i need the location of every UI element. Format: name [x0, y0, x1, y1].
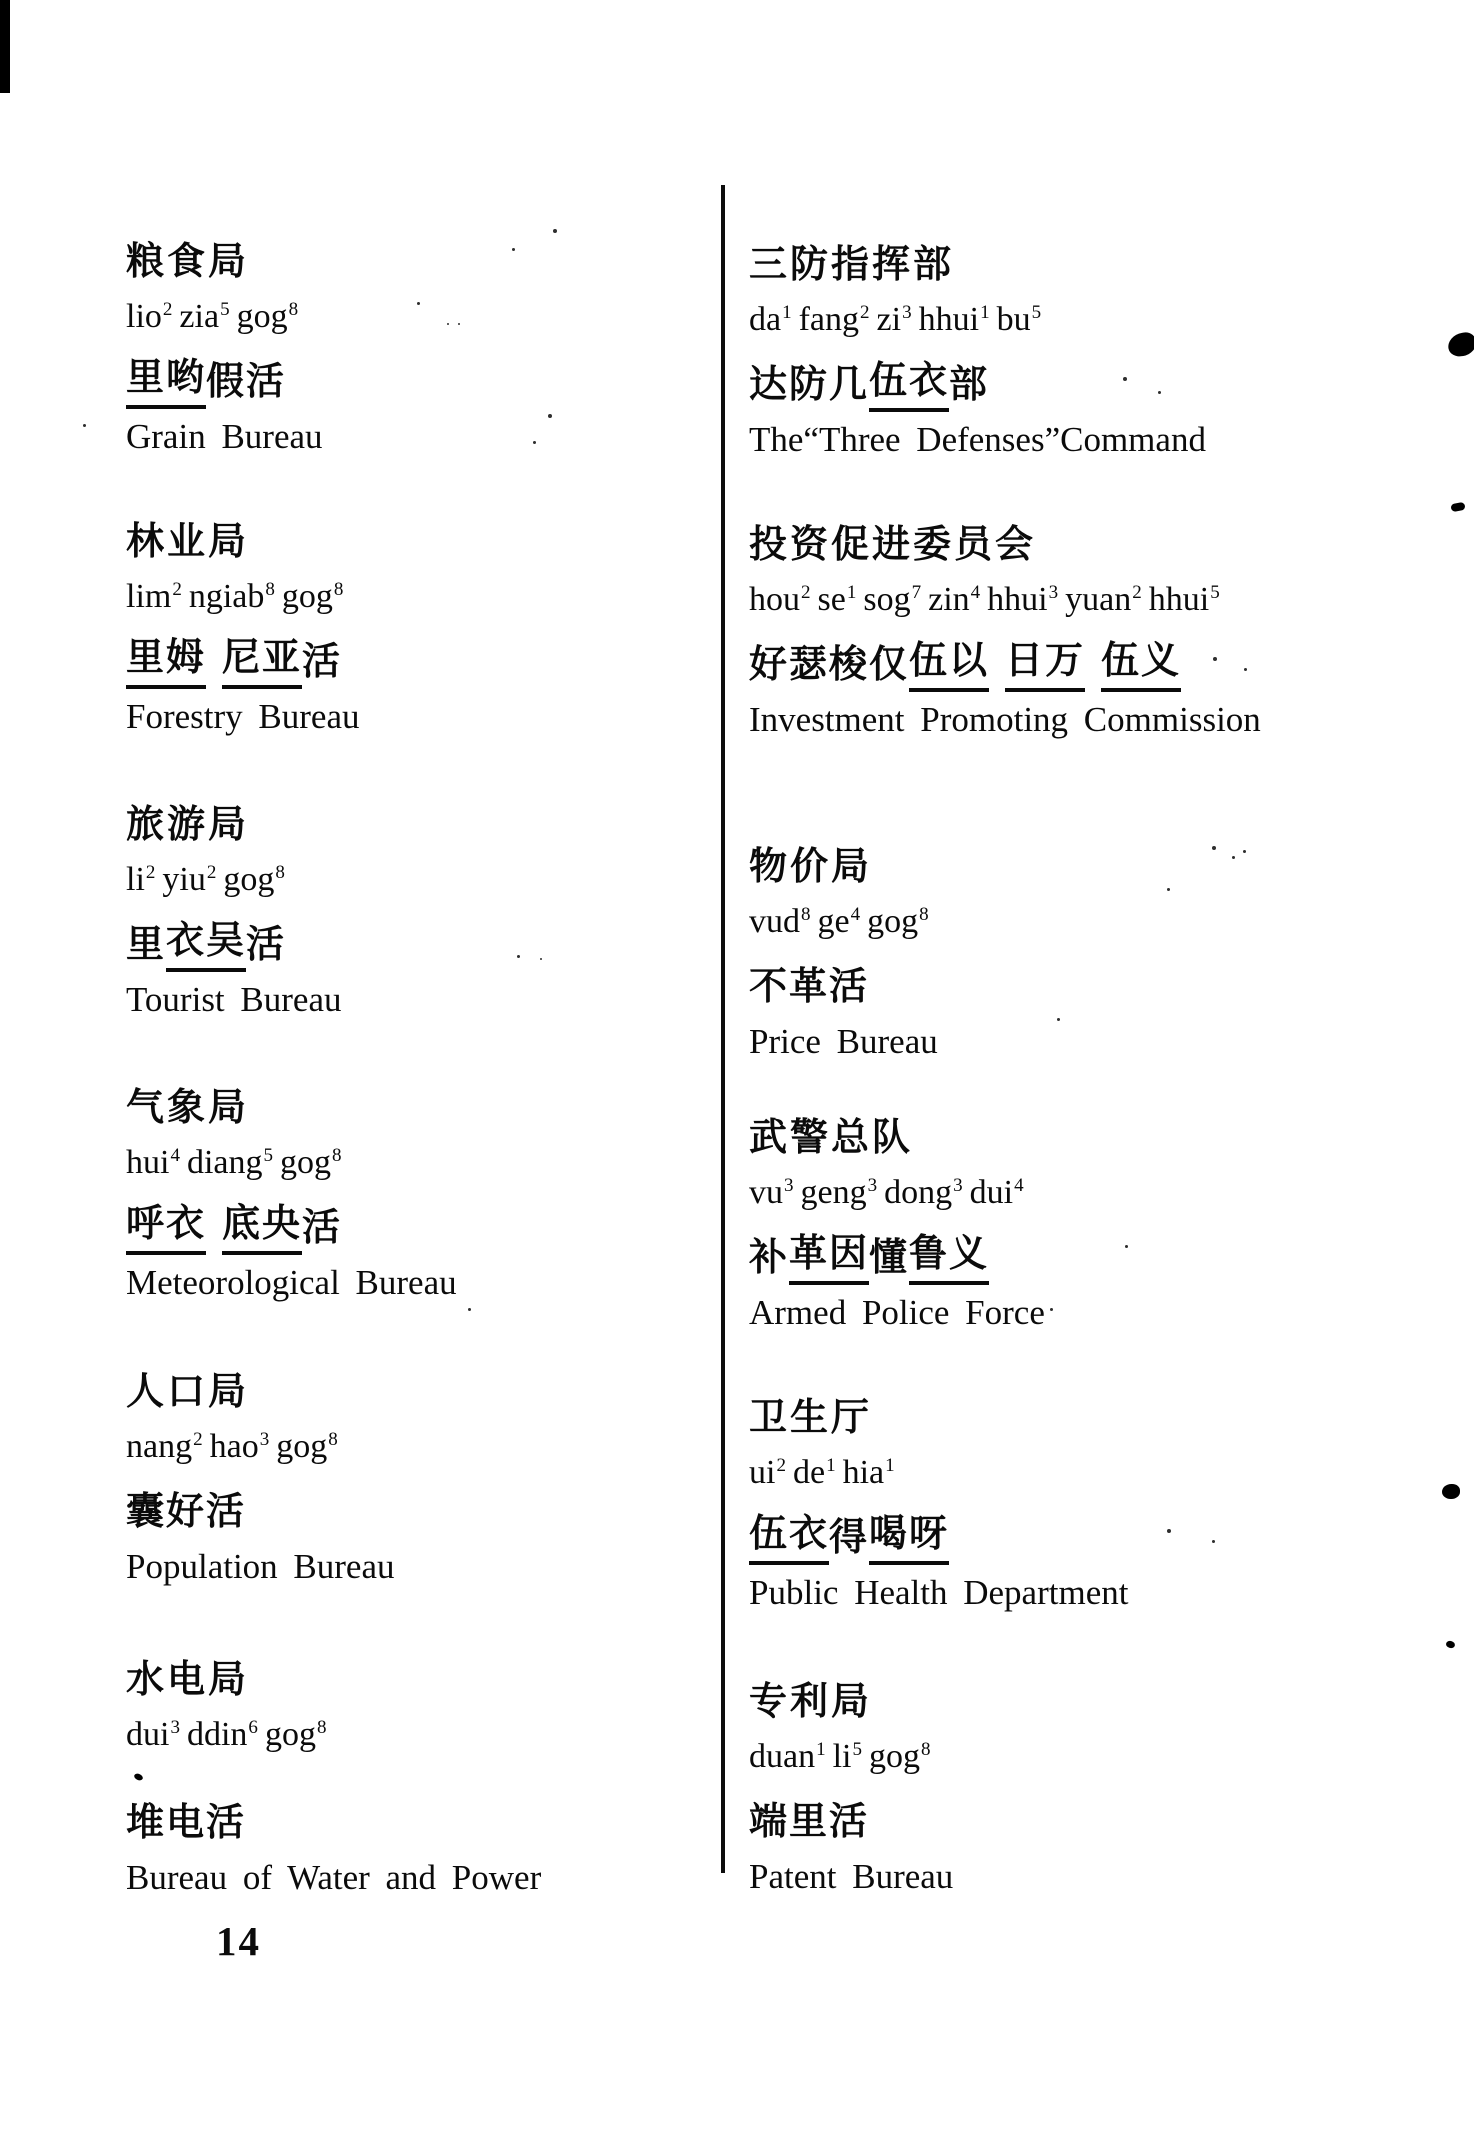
phonetic-hanzi-group: 不革活 — [749, 955, 869, 1010]
romanized-syllable: fang2 — [799, 301, 870, 339]
entry-english-translation: Forestry Bureau — [126, 687, 716, 747]
glossary-entry-left-6: 水电局dui3ddin6gog8堆电活Bureau of Water and P… — [126, 1645, 716, 1908]
phonetic-hanzi-group: 伍衣 — [869, 349, 949, 412]
phonetic-hanzi-group: 懂 — [869, 1226, 909, 1281]
entry-term-hanzi: 水电局 — [126, 1645, 716, 1705]
romanized-syllable: vud8 — [749, 903, 811, 941]
romanized-syllable: bu5 — [997, 301, 1042, 339]
phonetic-hanzi-group: 好瑟梭仅 — [749, 633, 909, 688]
phonetic-hanzi-group: 里哟 — [126, 346, 206, 409]
ink-speck — [1167, 1529, 1171, 1533]
entry-term-hanzi: 旅游局 — [126, 790, 716, 850]
tone-number: 2 — [172, 579, 182, 600]
scan-edge-artifact — [0, 0, 10, 93]
tone-number: 5 — [220, 299, 230, 320]
entry-phonetic-hanzi: 好瑟梭仅伍以日万伍义 — [749, 630, 1459, 690]
tone-number: 5 — [853, 1739, 863, 1760]
glossary-entry-left-3: 旅游局li2yiu2gog8里衣吴活Tourist Bureau — [126, 790, 716, 1030]
tone-number: 2 — [860, 302, 870, 323]
ink-speck — [1212, 1540, 1215, 1543]
tone-number: 3 — [953, 1175, 963, 1196]
entry-romanization: da1fang2zi3hhui1bu5 — [749, 290, 1459, 350]
entry-romanization: dui3ddin6gog8 — [126, 1705, 716, 1765]
ink-speck — [458, 323, 460, 325]
entry-term-hanzi: 人口局 — [126, 1357, 716, 1417]
entry-phonetic-hanzi: 里衣吴活 — [126, 910, 716, 970]
tone-number: 3 — [170, 1717, 180, 1738]
phonetic-hanzi-group: 里姆 — [126, 626, 206, 689]
tone-number: 8 — [332, 1145, 342, 1166]
romanized-syllable: gog8 — [237, 298, 299, 336]
ink-speck — [517, 955, 520, 958]
entry-romanization: li2yiu2gog8 — [126, 850, 716, 910]
glossary-entry-right-4: 武警总队vu3geng3dong3dui4补革因懂鲁义Armed Police … — [749, 1103, 1459, 1343]
column-divider-line — [721, 185, 725, 1873]
ink-speck — [1050, 1308, 1053, 1311]
tone-number: 5 — [1032, 302, 1042, 323]
entry-english-translation: Grain Bureau — [126, 407, 716, 467]
tone-number: 8 — [919, 904, 929, 925]
tone-number: 4 — [971, 582, 981, 603]
phonetic-hanzi-group: 尼亚 — [222, 626, 302, 689]
entry-romanization: lim2ngiab8gog8 — [126, 567, 716, 627]
tone-number: 1 — [980, 302, 990, 323]
romanized-syllable: dui4 — [970, 1174, 1024, 1212]
romanized-syllable: dui3 — [126, 1716, 180, 1754]
phonetic-hanzi-group: 伍义 — [1101, 629, 1181, 692]
romanized-syllable: li2 — [126, 861, 155, 899]
ink-speck — [1057, 1018, 1060, 1021]
tone-number: 3 — [868, 1175, 878, 1196]
romanized-syllable: geng3 — [801, 1174, 878, 1212]
romanized-syllable: gog8 — [867, 903, 929, 941]
phonetic-hanzi-group: 呼衣 — [126, 1192, 206, 1255]
tone-number: 2 — [1132, 582, 1142, 603]
tone-number: 2 — [193, 1429, 203, 1450]
tone-number: 2 — [776, 1455, 786, 1476]
phonetic-hanzi-group: 补 — [749, 1226, 789, 1281]
ink-speck — [533, 441, 536, 444]
phonetic-hanzi-group: 部 — [949, 353, 989, 408]
romanized-syllable: hao3 — [210, 1428, 270, 1466]
tone-number: 1 — [885, 1455, 895, 1476]
romanized-syllable: dong3 — [884, 1174, 963, 1212]
phonetic-hanzi-group: 里 — [126, 913, 166, 968]
glossary-entry-right-1: 三防指挥部da1fang2zi3hhui1bu5达防几伍衣部The“Three … — [749, 230, 1459, 470]
tone-number: 6 — [248, 1717, 258, 1738]
phonetic-hanzi-group: 革因 — [789, 1222, 869, 1285]
ink-blob — [1442, 1484, 1460, 1499]
phonetic-hanzi-group: 衣吴 — [166, 909, 246, 972]
scanned-dictionary-page: 粮食局lio2zia5gog8里哟假活Grain Bureau林业局lim2ng… — [0, 0, 1474, 2144]
entry-phonetic-hanzi: 不革活 — [749, 952, 1459, 1012]
entry-english-translation: Population Bureau — [126, 1537, 716, 1597]
phonetic-hanzi-group: 底央 — [222, 1192, 302, 1255]
romanized-syllable: yiu2 — [162, 861, 216, 899]
entry-term-hanzi: 粮食局 — [126, 227, 716, 287]
phonetic-hanzi-group: 囊好活 — [126, 1480, 246, 1535]
romanized-syllable: gog8 — [280, 1144, 342, 1182]
entry-phonetic-hanzi: 达防几伍衣部 — [749, 350, 1459, 410]
entry-romanization: vud8ge4gog8 — [749, 892, 1459, 952]
ink-speck — [1123, 377, 1127, 381]
entry-romanization: hui4diang5gog8 — [126, 1133, 716, 1193]
entry-phonetic-hanzi: 端里活 — [749, 1787, 1459, 1847]
entry-term-hanzi: 气象局 — [126, 1073, 716, 1133]
tone-number: 1 — [826, 1455, 836, 1476]
phonetic-hanzi-group: 活 — [302, 630, 342, 685]
tone-number: 4 — [1014, 1175, 1024, 1196]
tone-number: 2 — [146, 862, 156, 883]
glossary-entry-right-3: 物价局vud8ge4gog8不革活Price Bureau — [749, 832, 1459, 1072]
tone-number: 7 — [912, 582, 922, 603]
column-right: 三防指挥部da1fang2zi3hhui1bu5达防几伍衣部The“Three … — [749, 0, 1459, 2144]
glossary-entry-left-1: 粮食局lio2zia5gog8里哟假活Grain Bureau — [126, 227, 716, 467]
romanized-syllable: gog8 — [869, 1738, 931, 1776]
entry-phonetic-hanzi: 呼衣底央活 — [126, 1193, 716, 1253]
glossary-entry-right-6: 专利局duan1li5gog8端里活Patent Bureau — [749, 1667, 1459, 1907]
phonetic-hanzi-group: 堆电活 — [126, 1791, 246, 1846]
tone-number: 8 — [317, 1717, 327, 1738]
tone-number: 3 — [784, 1175, 794, 1196]
phonetic-hanzi-group: 喝呀 — [869, 1502, 949, 1565]
tone-number: 3 — [260, 1429, 270, 1450]
tone-number: 8 — [265, 579, 275, 600]
romanized-syllable: da1 — [749, 301, 792, 339]
tone-number: 8 — [921, 1739, 931, 1760]
entry-term-hanzi: 物价局 — [749, 832, 1459, 892]
entry-phonetic-hanzi: 堆电活 — [126, 1788, 716, 1848]
entry-english-translation: Tourist Bureau — [126, 970, 716, 1030]
entry-english-translation: The“Three Defenses”Command — [749, 410, 1459, 470]
romanized-syllable: hui4 — [126, 1144, 180, 1182]
phonetic-hanzi-group: 端里活 — [749, 1790, 869, 1845]
glossary-entry-left-4: 气象局hui4diang5gog8呼衣底央活Meteorological Bur… — [126, 1073, 716, 1313]
ink-speck — [1243, 850, 1246, 853]
phonetic-hanzi-group: 活 — [246, 913, 286, 968]
entry-phonetic-hanzi: 补革因懂鲁义 — [749, 1223, 1459, 1283]
entry-romanization: duan1li5gog8 — [749, 1727, 1459, 1787]
entry-english-translation: Patent Bureau — [749, 1847, 1459, 1907]
phonetic-hanzi-group: 假活 — [206, 350, 286, 405]
phonetic-hanzi-group: 达防几 — [749, 353, 869, 408]
ink-speck — [512, 248, 515, 251]
entry-english-translation: Meteorological Bureau — [126, 1253, 716, 1313]
tone-number: 2 — [207, 862, 217, 883]
phonetic-hanzi-group: 鲁义 — [909, 1222, 989, 1285]
glossary-entry-right-2: 投资促进委员会hou2se1sog7zin4hhui3yuan2hhui5好瑟梭… — [749, 510, 1459, 750]
ink-dash — [1450, 502, 1465, 512]
romanized-syllable: lim2 — [126, 578, 182, 616]
entry-phonetic-hanzi: 囊好活 — [126, 1477, 716, 1537]
tone-number: 8 — [334, 579, 344, 600]
page-number: 14 — [216, 1917, 261, 1965]
entry-english-translation: Public Health Department — [749, 1563, 1459, 1623]
ink-speck — [468, 1308, 471, 1311]
romanized-syllable: li5 — [833, 1738, 862, 1776]
romanized-syllable: hhui5 — [1149, 581, 1220, 619]
tone-number: 3 — [1049, 582, 1059, 603]
phonetic-hanzi-group: 活 — [302, 1196, 342, 1251]
romanized-syllable: vu3 — [749, 1174, 794, 1212]
romanized-syllable: diang5 — [187, 1144, 273, 1182]
ink-speck — [1213, 657, 1217, 661]
entry-english-translation: Price Bureau — [749, 1012, 1459, 1072]
romanized-syllable: duan1 — [749, 1738, 826, 1776]
romanized-syllable: zin4 — [928, 581, 980, 619]
entry-romanization: nang2hao3gog8 — [126, 1417, 716, 1477]
ink-speck — [1212, 846, 1216, 850]
ink-speck — [447, 323, 449, 325]
ink-speck — [540, 958, 542, 960]
entry-phonetic-hanzi: 伍衣得喝呀 — [749, 1503, 1459, 1563]
entry-term-hanzi: 卫生厅 — [749, 1383, 1459, 1443]
ink-speck — [553, 229, 557, 233]
romanized-syllable: ngiab8 — [189, 578, 275, 616]
entry-english-translation: Armed Police Force — [749, 1283, 1459, 1343]
tone-number: 5 — [264, 1145, 274, 1166]
entry-term-hanzi: 三防指挥部 — [749, 230, 1459, 290]
tone-number: 2 — [163, 299, 173, 320]
romanized-syllable: sog7 — [863, 581, 921, 619]
entry-romanization: ui2de1hia1 — [749, 1443, 1459, 1503]
romanized-syllable: lio2 — [126, 298, 172, 336]
tone-number: 8 — [801, 904, 811, 925]
romanized-syllable: hou2 — [749, 581, 811, 619]
tone-number: 8 — [275, 862, 285, 883]
tone-number: 2 — [801, 582, 811, 603]
phonetic-hanzi-group: 伍以 — [909, 629, 989, 692]
entry-romanization: hou2se1sog7zin4hhui3yuan2hhui5 — [749, 570, 1459, 630]
romanized-syllable: ui2 — [749, 1454, 786, 1492]
tone-number: 1 — [816, 1739, 826, 1760]
romanized-syllable: se1 — [818, 581, 857, 619]
ink-speck — [1125, 1245, 1128, 1248]
entry-english-translation: Bureau of Water and Power — [126, 1848, 716, 1908]
ink-speck — [417, 302, 420, 305]
entry-phonetic-hanzi: 里哟假活 — [126, 347, 716, 407]
tone-number: 3 — [902, 302, 912, 323]
romanized-syllable: gog8 — [265, 1716, 327, 1754]
entry-term-hanzi: 投资促进委员会 — [749, 510, 1459, 570]
romanized-syllable: nang2 — [126, 1428, 203, 1466]
romanized-syllable: ge4 — [818, 903, 861, 941]
romanized-syllable: de1 — [793, 1454, 836, 1492]
romanized-syllable: hhui3 — [987, 581, 1058, 619]
tone-number: 1 — [782, 302, 792, 323]
romanized-syllable: hia1 — [843, 1454, 895, 1492]
tone-number: 4 — [851, 904, 861, 925]
column-left: 粮食局lio2zia5gog8里哟假活Grain Bureau林业局lim2ng… — [126, 0, 716, 2144]
ink-speck — [1244, 668, 1247, 671]
tone-number: 4 — [170, 1145, 180, 1166]
entry-term-hanzi: 专利局 — [749, 1667, 1459, 1727]
phonetic-hanzi-group: 得 — [829, 1506, 869, 1561]
romanized-syllable: gog8 — [276, 1428, 338, 1466]
entry-term-hanzi: 武警总队 — [749, 1103, 1459, 1163]
ink-speck — [1158, 391, 1161, 394]
glossary-entry-right-5: 卫生厅ui2de1hia1伍衣得喝呀Public Health Departme… — [749, 1383, 1459, 1623]
romanized-syllable: zia5 — [179, 298, 229, 336]
ink-speck — [83, 424, 86, 427]
ink-speck — [1232, 856, 1235, 859]
romanized-syllable: hhui1 — [919, 301, 990, 339]
entry-romanization: vu3geng3dong3dui4 — [749, 1163, 1459, 1223]
tone-number: 8 — [328, 1429, 338, 1450]
entry-romanization: lio2zia5gog8 — [126, 287, 716, 347]
entry-term-hanzi: 林业局 — [126, 507, 716, 567]
phonetic-hanzi-group: 日万 — [1005, 629, 1085, 692]
romanized-syllable: yuan2 — [1065, 581, 1142, 619]
tone-number: 1 — [847, 582, 857, 603]
phonetic-hanzi-group: 伍衣 — [749, 1502, 829, 1565]
ink-speck — [1167, 888, 1170, 891]
entry-english-translation: Investment Promoting Commission — [749, 690, 1459, 750]
tone-number: 5 — [1210, 582, 1220, 603]
glossary-entry-left-5: 人口局nang2hao3gog8囊好活Population Bureau — [126, 1357, 716, 1597]
romanized-syllable: gog8 — [282, 578, 344, 616]
entry-phonetic-hanzi: 里姆尼亚活 — [126, 627, 716, 687]
ink-speck — [548, 414, 552, 418]
glossary-entry-left-2: 林业局lim2ngiab8gog8里姆尼亚活Forestry Bureau — [126, 507, 716, 747]
tone-number: 8 — [289, 299, 299, 320]
romanized-syllable: zi3 — [877, 301, 912, 339]
romanized-syllable: gog8 — [223, 861, 285, 899]
romanized-syllable: ddin6 — [187, 1716, 258, 1754]
